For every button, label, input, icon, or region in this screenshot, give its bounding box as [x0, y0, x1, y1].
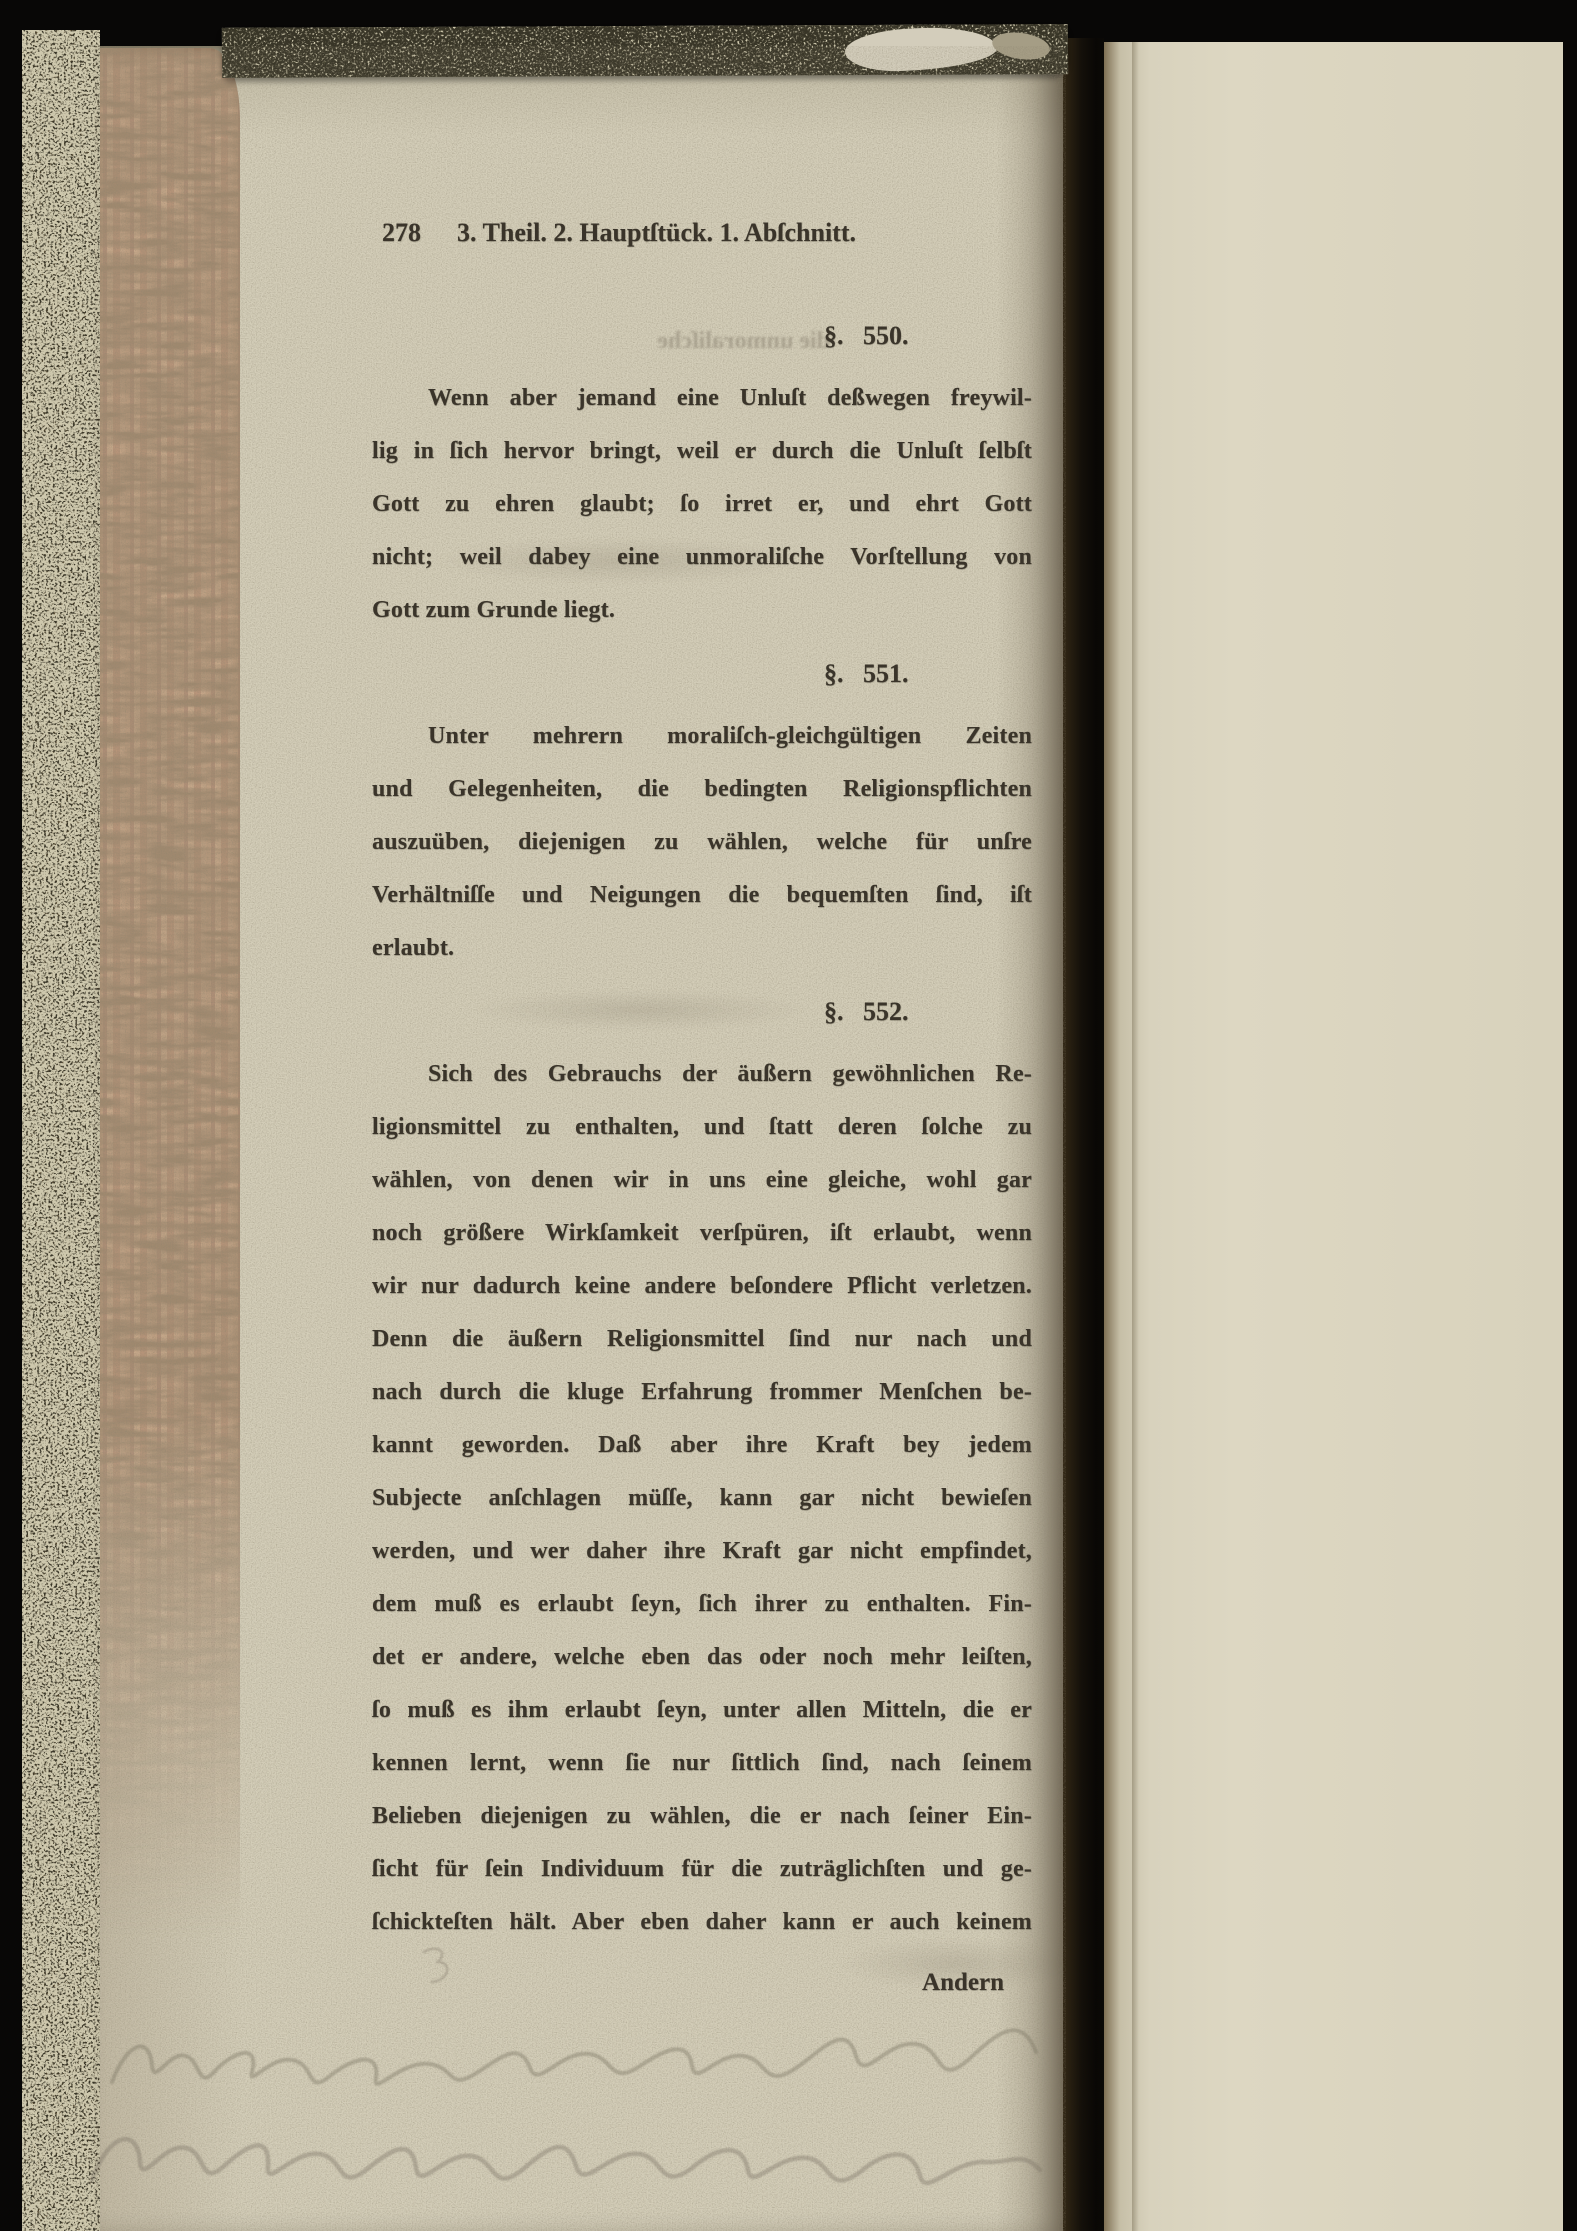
text-line: kannt geworden. Daß aber ihre Kraft bey …	[372, 1419, 1032, 1472]
section-heading: §. 552.	[372, 995, 1032, 1029]
text-line: kennen lernt, wenn ſie nur ſittlich ſind…	[372, 1737, 1032, 1790]
text-line: Unter mehrern moraliſch-gleichgültigen Z…	[372, 710, 1032, 763]
text-line: ſicht für ſein Individuum für die zuträg…	[372, 1843, 1032, 1896]
running-header: 278 3. Theil. 2. Hauptſtück. 1. Abſchnit…	[372, 218, 1032, 248]
text-line: ſchickteſten hält. Aber eben daher kann …	[372, 1896, 1032, 1949]
text-line: ligionsmittel zu enthalten, und ſtatt de…	[372, 1101, 1032, 1154]
text-line: auszuüben, diejenigen zu wählen, welche …	[372, 816, 1032, 869]
book-cover-edge	[22, 30, 100, 2231]
text-line: wählen, von denen wir in uns eine gleich…	[372, 1154, 1032, 1207]
text-line: Denn die äußern Religionsmittel ſind nur…	[372, 1313, 1032, 1366]
text-line: lig in ſich hervor bringt, weil er durch…	[372, 425, 1032, 478]
text-line: nach durch die kluge Erfahrung frommer M…	[372, 1366, 1032, 1419]
text-line: und Gelegenheiten, die bedingten Religio…	[372, 763, 1032, 816]
text-line: ſo muß es ihm erlaubt ſeyn, unter allen …	[372, 1684, 1032, 1737]
book-scan: die unmoraliſche 278 3. Theil. 2. Hauptſ…	[0, 0, 1577, 2231]
text-line: Gott zum Grunde liegt.	[372, 584, 1032, 637]
catchword: Andern	[372, 1969, 1032, 1997]
text-line: dem muß es erlaubt ſeyn, ſich ihrer zu e…	[372, 1578, 1032, 1631]
text-line: nicht; weil dabey eine unmoraliſche Vorſ…	[372, 531, 1032, 584]
text-line: wir nur dadurch keine andere beſondere P…	[372, 1260, 1032, 1313]
body-paragraph: Unter mehrern moraliſch-gleichgültigen Z…	[372, 710, 1032, 975]
section-heading: §. 551.	[372, 657, 1032, 691]
gutter-shadow	[1063, 38, 1104, 2231]
text-line: erlaubt.	[372, 922, 1032, 975]
section-heading: §. 550.	[372, 319, 1032, 353]
page-number: 278	[382, 218, 421, 248]
page-fore-edge	[98, 48, 240, 2058]
text-block: 278 3. Theil. 2. Hauptſtück. 1. Abſchnit…	[372, 218, 1032, 1997]
running-title: 3. Theil. 2. Hauptſtück. 1. Abſchnitt.	[457, 218, 856, 248]
text-line: Gott zu ehren glaubt; ſo irret er, und e…	[372, 478, 1032, 531]
text-line: werden, und wer daher ihre Kraft gar nic…	[372, 1525, 1032, 1578]
text-line: Subjecte anſchlagen müſſe, kann gar nich…	[372, 1472, 1032, 1525]
body-paragraph: Wenn aber jemand eine Unluſt deßwegen fr…	[372, 372, 1032, 637]
text-line: Belieben diejenigen zu wählen, die er na…	[372, 1790, 1032, 1843]
text-line: Verhältniſſe und Neigungen die bequemſte…	[372, 869, 1032, 922]
facing-page-crease	[1132, 42, 1139, 2231]
body-paragraph: Sich des Gebrauchs der äußern gewöhnlich…	[372, 1048, 1032, 1949]
text-line: noch größere Wirkſamkeit verſpüren, iſt …	[372, 1207, 1032, 1260]
facing-page-edge	[1104, 42, 1563, 2231]
text-line: det er andere, welche eben das oder noch…	[372, 1631, 1032, 1684]
text-line: Wenn aber jemand eine Unluſt deßwegen fr…	[372, 372, 1032, 425]
text-line: Sich des Gebrauchs der äußern gewöhnlich…	[372, 1048, 1032, 1101]
